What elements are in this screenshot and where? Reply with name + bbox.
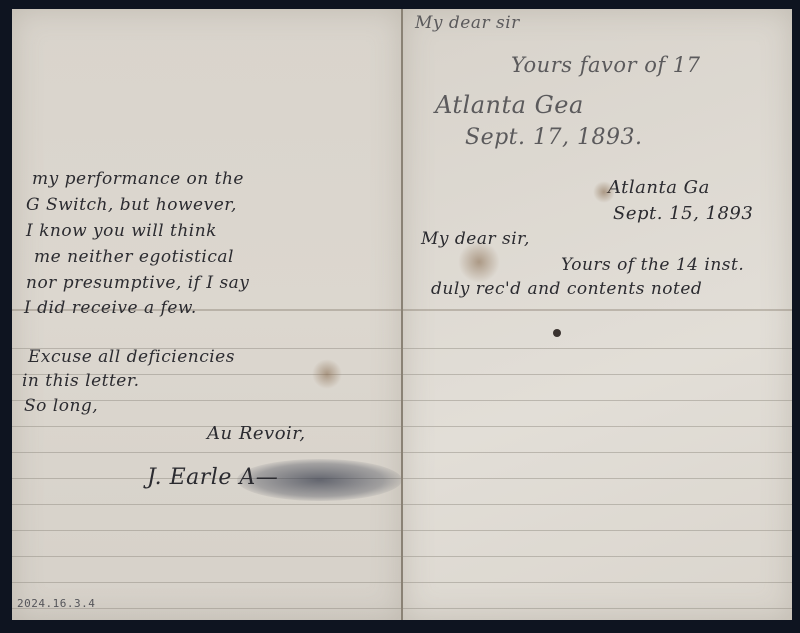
letter-body-line: Yours of the 14 inst.: [561, 255, 744, 275]
letter-place: Atlanta Ga: [608, 177, 710, 198]
pencil-salutation: My dear sir: [415, 13, 520, 33]
closing-line: So long,: [24, 396, 98, 416]
ink-dot: [553, 329, 561, 337]
left-page: my performance on the G Switch, but howe…: [12, 9, 402, 620]
signature: J. Earle A—: [147, 465, 278, 490]
closing-line: Excuse all deficiencies: [28, 347, 235, 367]
body-line: nor presumptive, if I say: [26, 273, 249, 293]
right-page: My dear sir Yours favor of 17 Atlanta Ge…: [403, 9, 792, 620]
pencil-place: Atlanta Gea: [435, 91, 584, 119]
pencil-line: Yours favor of 17: [511, 53, 701, 77]
brown-stain: [593, 181, 615, 203]
body-line: I did receive a few.: [24, 298, 197, 318]
body-line: my performance on the: [32, 169, 244, 189]
body-line: I know you will think: [26, 221, 217, 241]
pencil-date: Sept. 17, 1893.: [465, 125, 642, 150]
letter-date: Sept. 15, 1893: [613, 203, 753, 224]
body-line: G Switch, but however,: [26, 195, 237, 215]
accession-number: 2024.16.3.4: [17, 597, 95, 610]
ruled-lines: [403, 311, 792, 620]
stain: [312, 359, 342, 389]
body-line: me neither egotistical: [34, 247, 234, 267]
closing-line: in this letter.: [22, 371, 140, 391]
brown-stain: [458, 241, 500, 283]
valediction: Au Revoir,: [207, 423, 306, 444]
horizontal-fold: [403, 309, 792, 311]
